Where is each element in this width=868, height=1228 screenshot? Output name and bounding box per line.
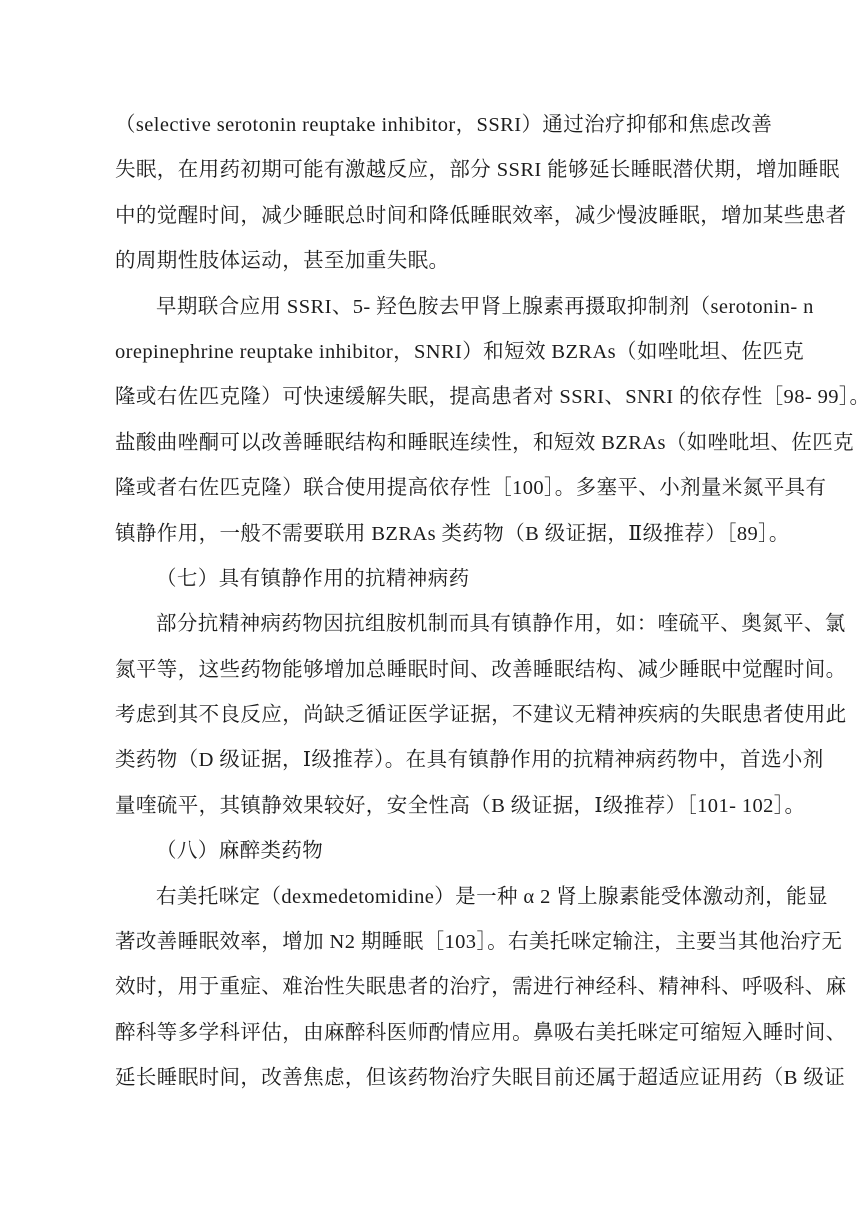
text-line: 类药物（D 级证据，Ⅰ级推荐）。在具有镇静作用的抗精神病药物中，首选小剂 bbox=[115, 738, 750, 783]
text-line: 右美托咪定（dexmedetomidine）是一种 α 2 肾上腺素能受体激动剂… bbox=[115, 875, 750, 920]
text-line: 部分抗精神病药物因抗组胺机制而具有镇静作用，如：喹硫平、奥氮平、氯 bbox=[115, 602, 750, 647]
section-heading-7: （七）具有镇静作用的抗精神病药 bbox=[115, 557, 750, 602]
text-line: 失眠，在用药初期可能有激越反应，部分 SSRI 能够延长睡眠潜伏期，增加睡眠 bbox=[115, 148, 750, 193]
section-heading-8: （八）麻醉类药物 bbox=[115, 829, 750, 874]
text-line: 盐酸曲唑酮可以改善睡眠结构和睡眠连续性，和短效 BZRAs（如唑吡坦、佐匹克 bbox=[115, 421, 750, 466]
text-line: orepinephrine reuptake inhibitor，SNRI）和短… bbox=[115, 330, 750, 375]
text-line: 考虑到其不良反应，尚缺乏循证医学证据，不建议无精神疾病的失眠患者使用此 bbox=[115, 693, 750, 738]
document-page: （selective serotonin reuptake inhibitor，… bbox=[0, 0, 868, 1228]
text-line: 氮平等，这些药物能够增加总睡眠时间、改善睡眠结构、减少睡眠中觉醒时间。 bbox=[115, 648, 750, 693]
text-line: 早期联合应用 SSRI、5- 羟色胺去甲肾上腺素再摄取抑制剂（serotonin… bbox=[115, 285, 750, 330]
text-line: 著改善睡眠效率，增加 N2 期睡眠［103］。右美托咪定输注，主要当其他治疗无 bbox=[115, 920, 750, 965]
text-line: 量喹硫平，其镇静效果较好，安全性高（B 级证据，Ⅰ级推荐）［101- 102］。 bbox=[115, 784, 750, 829]
text-line: 延长睡眠时间，改善焦虑，但该药物治疗失眠目前还属于超适应证用药（B 级证 bbox=[115, 1056, 750, 1101]
text-line: 中的觉醒时间，减少睡眠总时间和降低睡眠效率，减少慢波睡眠，增加某些患者 bbox=[115, 194, 750, 239]
text-line: 镇静作用，一般不需要联用 BZRAs 类药物（B 级证据，Ⅱ级推荐）［89］。 bbox=[115, 512, 750, 557]
text-line: 效时，用于重症、难治性失眠患者的治疗，需进行神经科、精神科、呼吸科、麻 bbox=[115, 965, 750, 1010]
text-line: 隆或右佐匹克隆）可快速缓解失眠，提高患者对 SSRI、SNRI 的依存性［98-… bbox=[115, 375, 750, 420]
text-line: 隆或者右佐匹克隆）联合使用提高依存性［100］。多塞平、小剂量米氮平具有 bbox=[115, 466, 750, 511]
text-line: （selective serotonin reuptake inhibitor，… bbox=[115, 103, 750, 148]
text-line: 醉科等多学科评估，由麻醉科医师酌情应用。鼻吸右美托咪定可缩短入睡时间、 bbox=[115, 1011, 750, 1056]
text-line: 的周期性肢体运动，甚至加重失眠。 bbox=[115, 239, 750, 284]
